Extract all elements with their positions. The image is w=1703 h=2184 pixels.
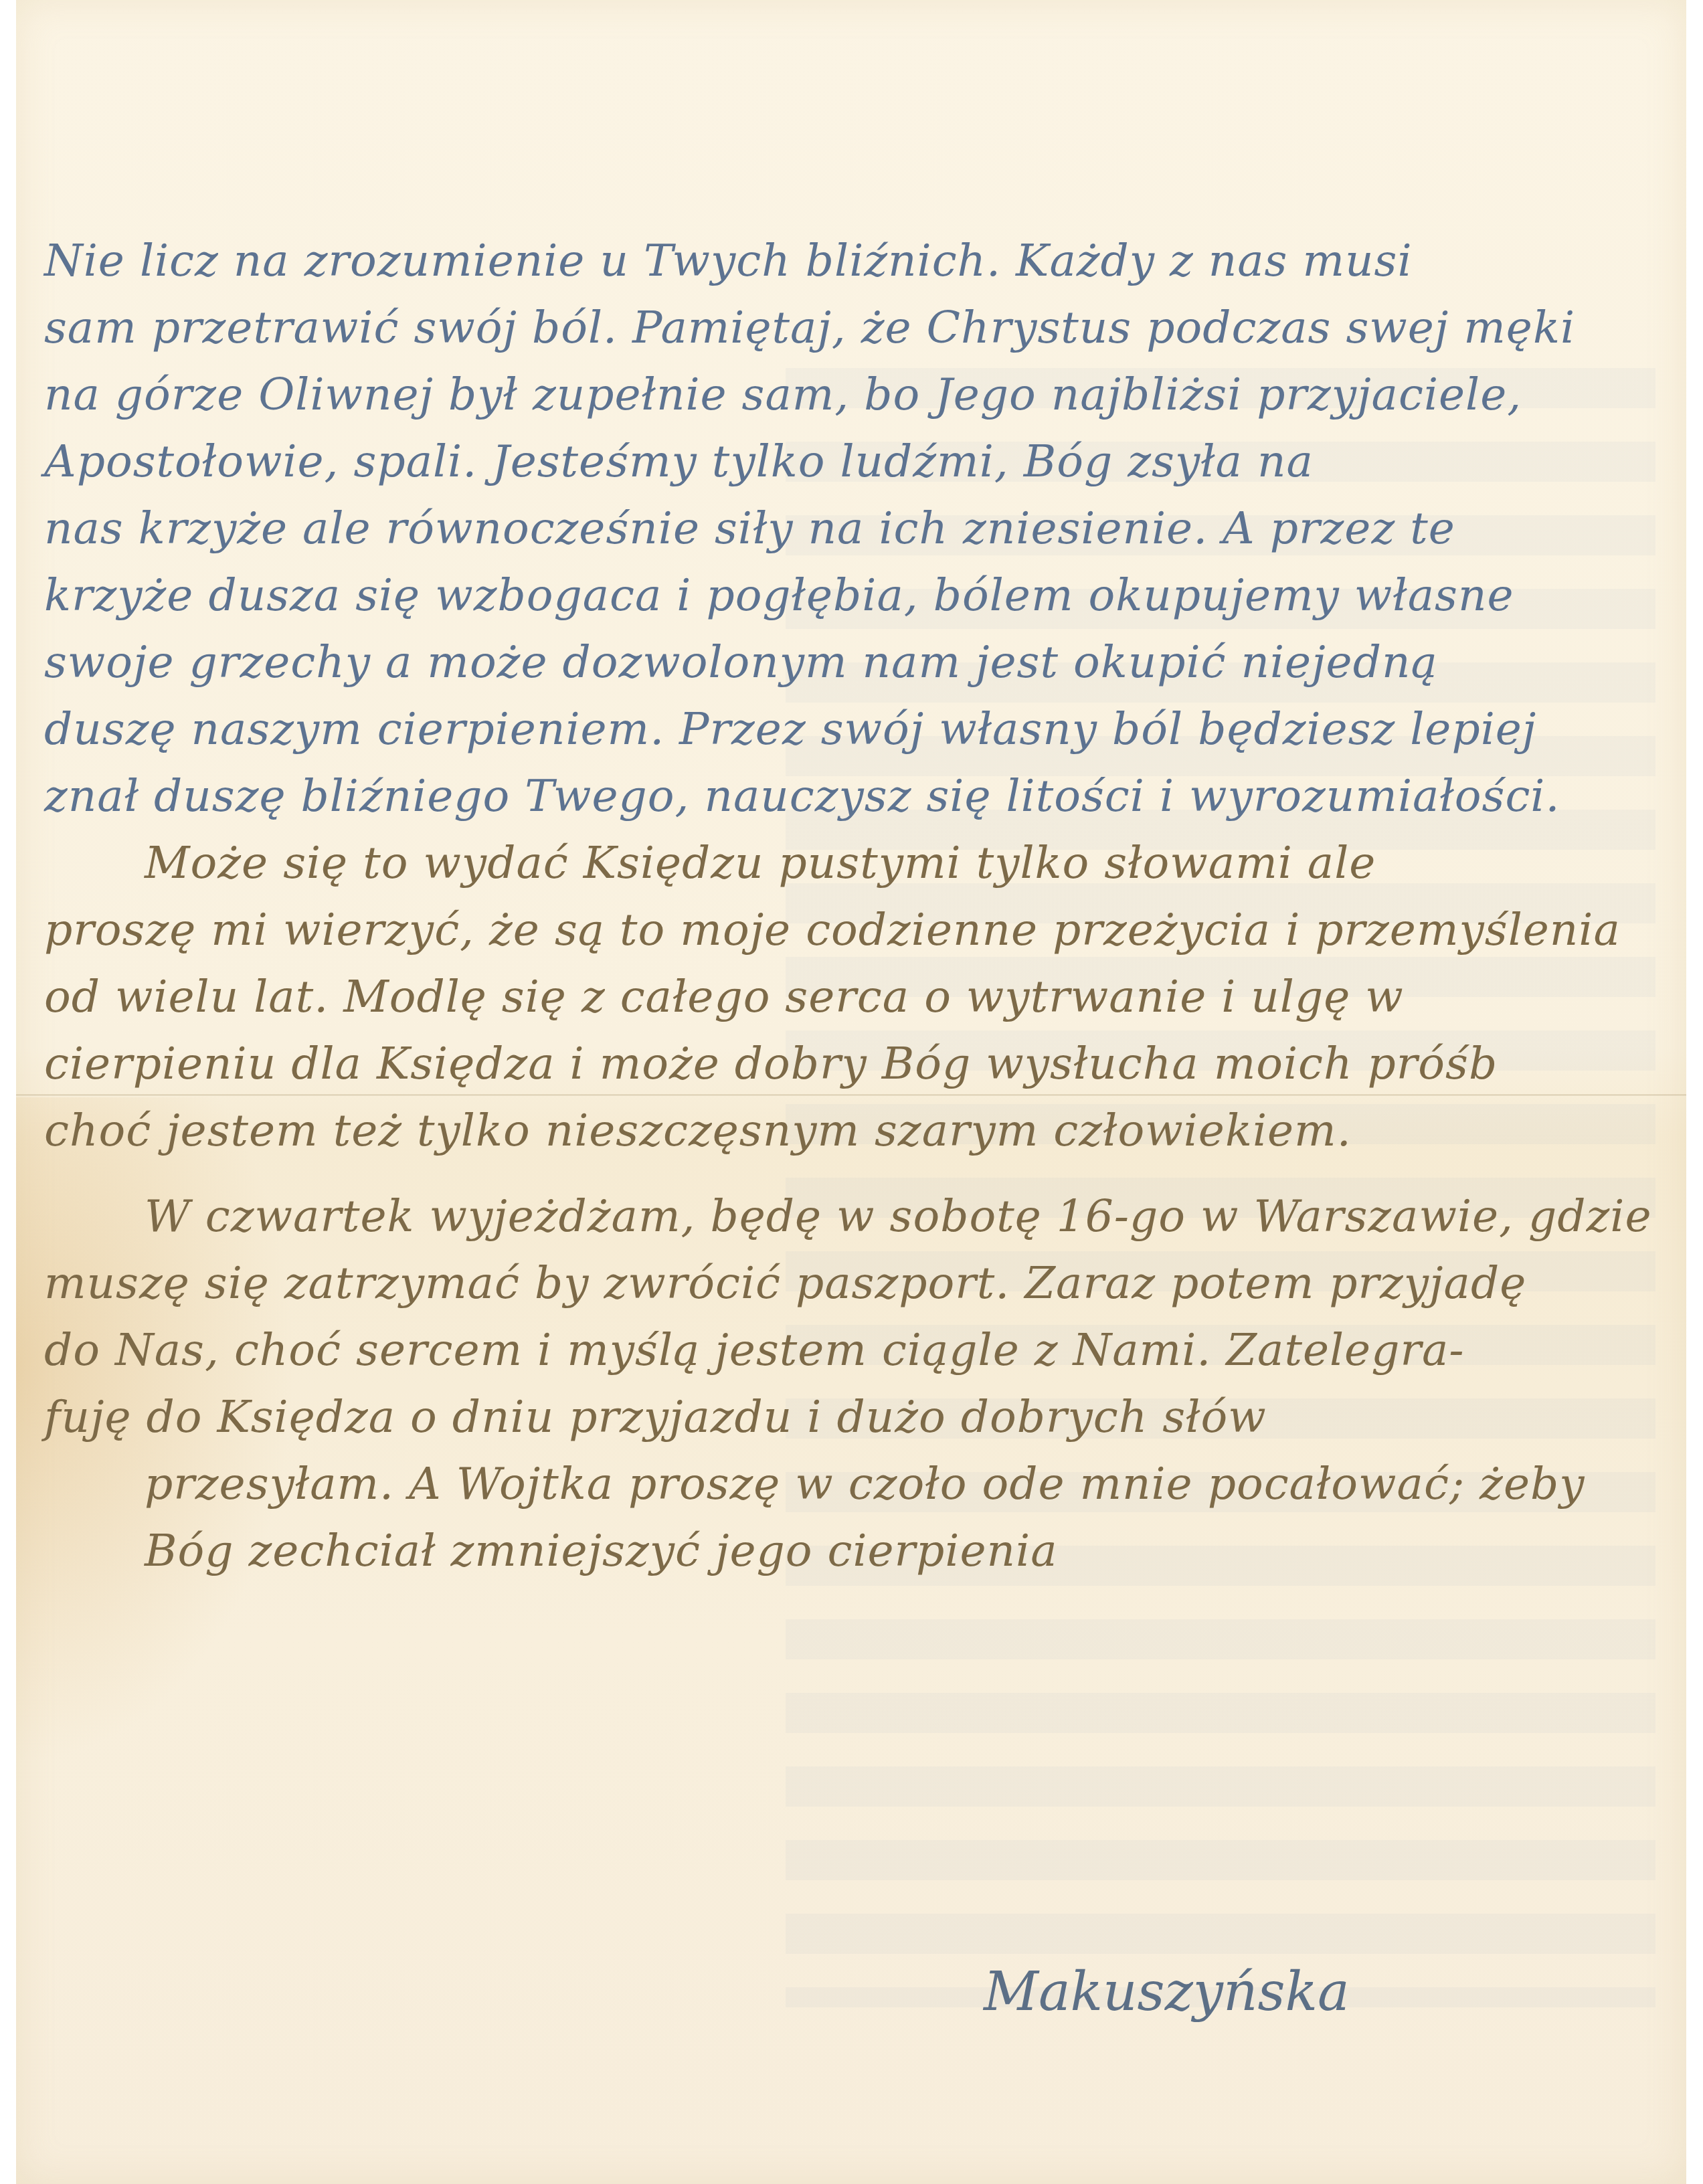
- paragraph-3: W czwartek wyjeżdżam, będę w sobotę 16-g…: [44, 1183, 1650, 1584]
- letter-line: przesyłam. A Wojtka proszę w czoło ode m…: [44, 1451, 1650, 1518]
- letter-line: Może się to wydać Księdzu pustymi tylko …: [44, 830, 1650, 897]
- signature: Makuszyńska: [984, 1961, 1350, 2023]
- letter-line: Bóg zechciał zmniejszyć jego cierpienia: [44, 1518, 1650, 1584]
- letter-line: krzyże dusza się wzbogaca i pogłębia, bó…: [44, 562, 1650, 629]
- letter-line: swoje grzechy a może dozwolonym nam jest…: [44, 629, 1650, 696]
- letter-line: cierpieniu dla Księdza i może dobry Bóg …: [44, 1030, 1650, 1097]
- letter-line: Apostołowie, spali. Jesteśmy tylko ludźm…: [44, 428, 1650, 495]
- letter-line: choć jestem też tylko nieszczęsnym szary…: [44, 1097, 1650, 1164]
- letter-line: nas krzyże ale równocześnie siły na ich …: [44, 495, 1650, 562]
- letter-line: W czwartek wyjeżdżam, będę w sobotę 16-g…: [44, 1183, 1650, 1250]
- paragraph-2: Może się to wydać Księdzu pustymi tylko …: [44, 830, 1650, 1164]
- letter-line: duszę naszym cierpieniem. Przez swój wła…: [44, 696, 1650, 763]
- letter-line: Nie licz na zrozumienie u Twych bliźnich…: [44, 227, 1650, 294]
- paragraph-1: Nie licz na zrozumienie u Twych bliźnich…: [44, 227, 1650, 830]
- letter-line: od wielu lat. Modlę się z całego serca o…: [44, 964, 1650, 1030]
- letter-line: do Nas, choć sercem i myślą jestem ciągl…: [44, 1317, 1650, 1384]
- letter-line: na górze Oliwnej był zupełnie sam, bo Je…: [44, 361, 1650, 428]
- letter-body: Nie licz na zrozumienie u Twych bliźnich…: [44, 227, 1650, 1584]
- letter-line: muszę się zatrzymać by zwrócić paszport.…: [44, 1250, 1650, 1317]
- letter-line: fuję do Księdza o dniu przyjazdu i dużo …: [44, 1384, 1650, 1451]
- letter-line: proszę mi wierzyć, że są to moje codzien…: [44, 897, 1650, 964]
- letter-line: sam przetrawić swój ból. Pamiętaj, że Ch…: [44, 294, 1650, 361]
- letter-line: znał duszę bliźniego Twego, nauczysz się…: [44, 763, 1650, 830]
